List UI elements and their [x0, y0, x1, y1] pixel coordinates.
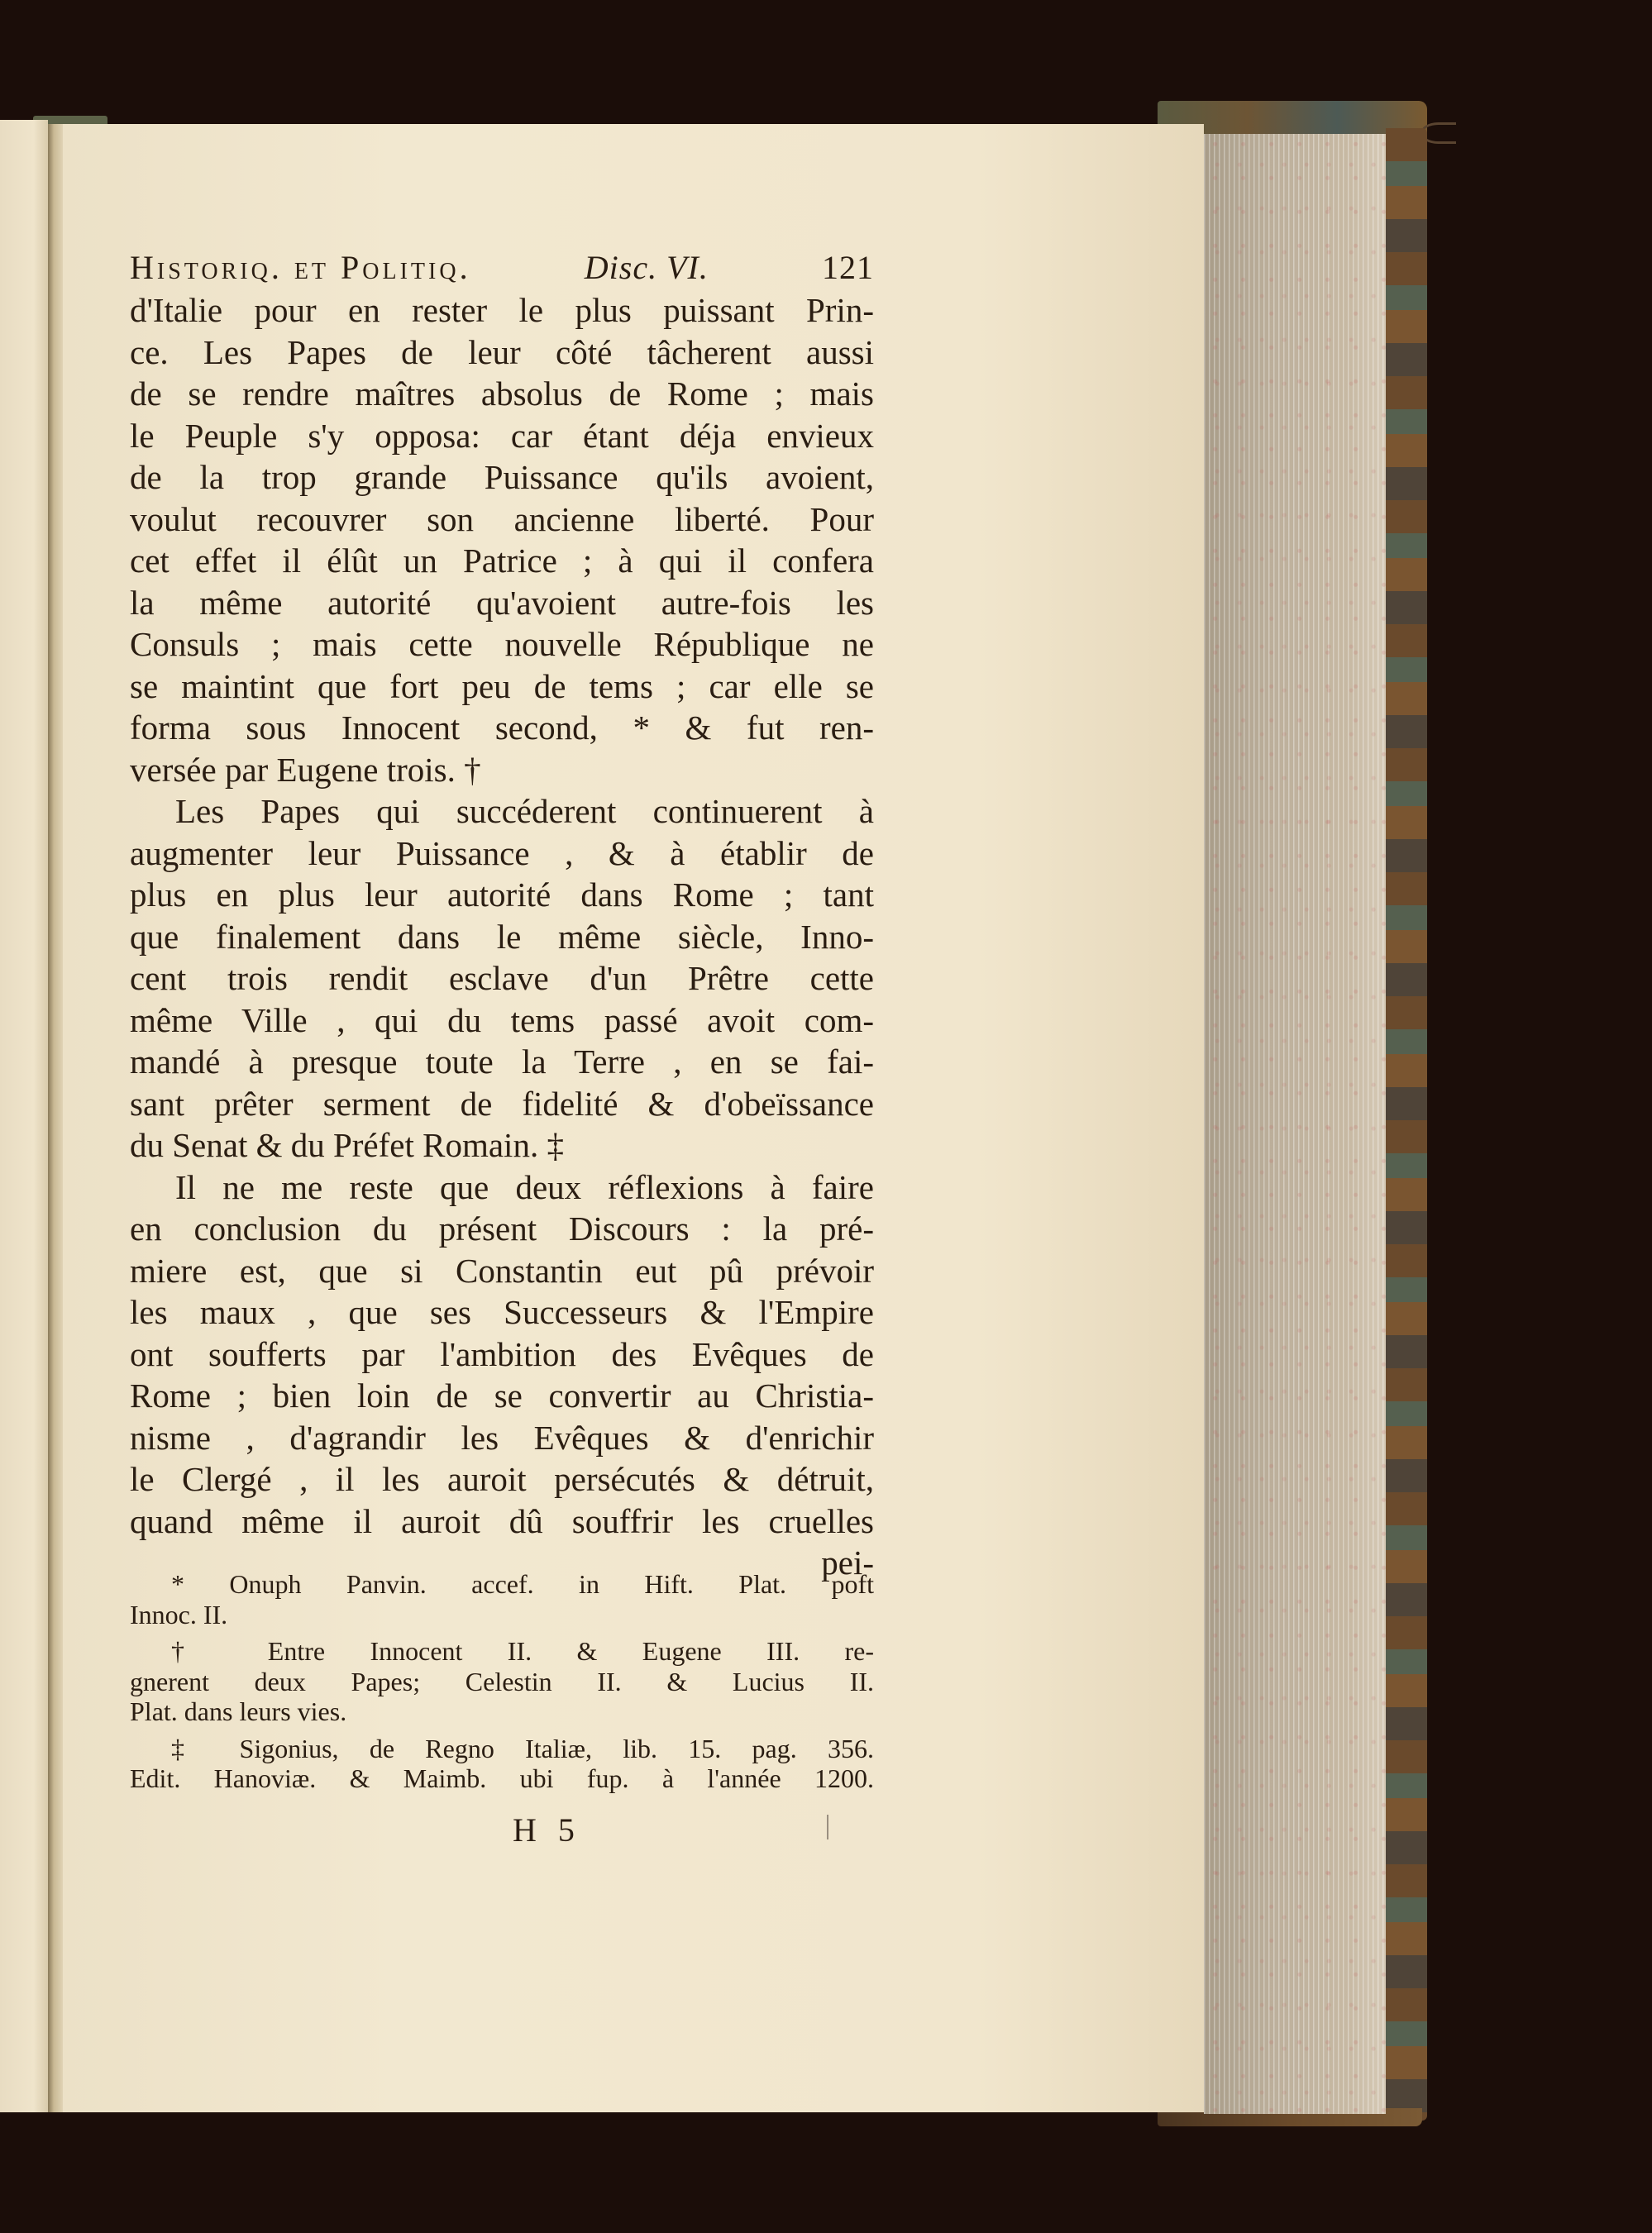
text-line: ce. Les Papes de leur côté tâcherent aus…	[130, 332, 874, 374]
footnote-line: * Onuph Panvin. accef. in Hift. Plat. po…	[130, 1569, 874, 1600]
text-line: en conclusion du présent Discours : la p…	[130, 1208, 874, 1250]
footnote-line: ‡ Sigonius, de Regno Italiæ, lib. 15. pa…	[130, 1734, 874, 1764]
text-line: mandé à presque toute la Terre , en se f…	[130, 1041, 874, 1083]
text-line: miere est, que si Constantin eut pû prév…	[130, 1250, 874, 1292]
text-line: Il ne me reste que deux réflexions à fai…	[130, 1167, 874, 1209]
text-line: ont soufferts par l'ambition des Evêques…	[130, 1334, 874, 1376]
page-fore-edge	[1204, 134, 1386, 2114]
pencil-mark	[827, 1815, 828, 1839]
text-line: Rome ; bien loin de se convertir au Chri…	[130, 1375, 874, 1417]
text-line: se maintint que fort peu de tems ; car e…	[130, 666, 874, 708]
footnotes: * Onuph Panvin. accef. in Hift. Plat. po…	[130, 1569, 874, 1794]
text-line: voulut recouvrer son ancienne liberté. P…	[130, 499, 874, 541]
text-line: du Senat & du Préfet Romain. ‡	[130, 1124, 874, 1167]
text-line: versée par Eugene trois. †	[130, 749, 874, 791]
running-head-section: Disc. VI.	[585, 248, 709, 287]
signature-mark: H 5	[513, 1811, 581, 1849]
text-line: quand même il auroit dû souffrir les cru…	[130, 1501, 874, 1543]
text-line: les maux , que ses Successeurs & l'Empir…	[130, 1291, 874, 1334]
text-line: sant prêter serment de fidelité & d'obeï…	[130, 1083, 874, 1125]
running-head: Historiq. et Politiq. Disc. VI. 121	[130, 248, 874, 289]
text-line: forma sous Innocent second, * & fut ren-	[130, 707, 874, 749]
book-gutter	[48, 124, 63, 2112]
text-line: la même autorité qu'avoient autre-fois l…	[130, 582, 874, 624]
footnote-line: Edit. Hanoviæ. & Maimb. ubi fup. à l'ann…	[130, 1763, 874, 1794]
text-line: d'Italie pour en rester le plus puissant…	[130, 289, 874, 332]
footnote-line: Innoc. II.	[130, 1600, 874, 1630]
text-line: augmenter leur Puissance , & à établir d…	[130, 833, 874, 875]
facing-left-page	[0, 120, 48, 2112]
text-line: cet effet il élût un Patrice ; à qui il …	[130, 540, 874, 582]
footnote-line: gnerent deux Papes; Celestin II. & Luciu…	[130, 1667, 874, 1697]
text-line: le Clergé , il les auroit persécutés & d…	[130, 1458, 874, 1501]
text-line: même Ville , qui du tems passé avoit com…	[130, 1000, 874, 1042]
text-line: Les Papes qui succéderent continuerent à	[130, 790, 874, 833]
running-head-title: Historiq. et Politiq.	[130, 248, 471, 287]
text-line: de se rendre maîtres absolus de Rome ; m…	[130, 373, 874, 415]
text-line: plus en plus leur autorité dans Rome ; t…	[130, 874, 874, 916]
text-line: le Peuple s'y opposa: car étant déja env…	[130, 415, 874, 457]
text-line: de la trop grande Puissance qu'ils avoie…	[130, 456, 874, 499]
page-number: 121	[822, 248, 874, 287]
text-line: cent trois rendit esclave d'un Prêtre ce…	[130, 957, 874, 1000]
text-line: Consuls ; mais cette nouvelle République…	[130, 623, 874, 666]
footnote-line: † Entre Innocent II. & Eugene III. re-	[130, 1636, 874, 1667]
main-text: Historiq. et Politiq. Disc. VI. 121 d'It…	[130, 248, 874, 1584]
footnote-line: Plat. dans leurs vies.	[130, 1696, 874, 1727]
cover-board-right	[1386, 128, 1427, 2121]
text-line: nisme , d'agrandir les Evêques & d'enric…	[130, 1417, 874, 1459]
text-line: que finalement dans le même siècle, Inno…	[130, 916, 874, 958]
